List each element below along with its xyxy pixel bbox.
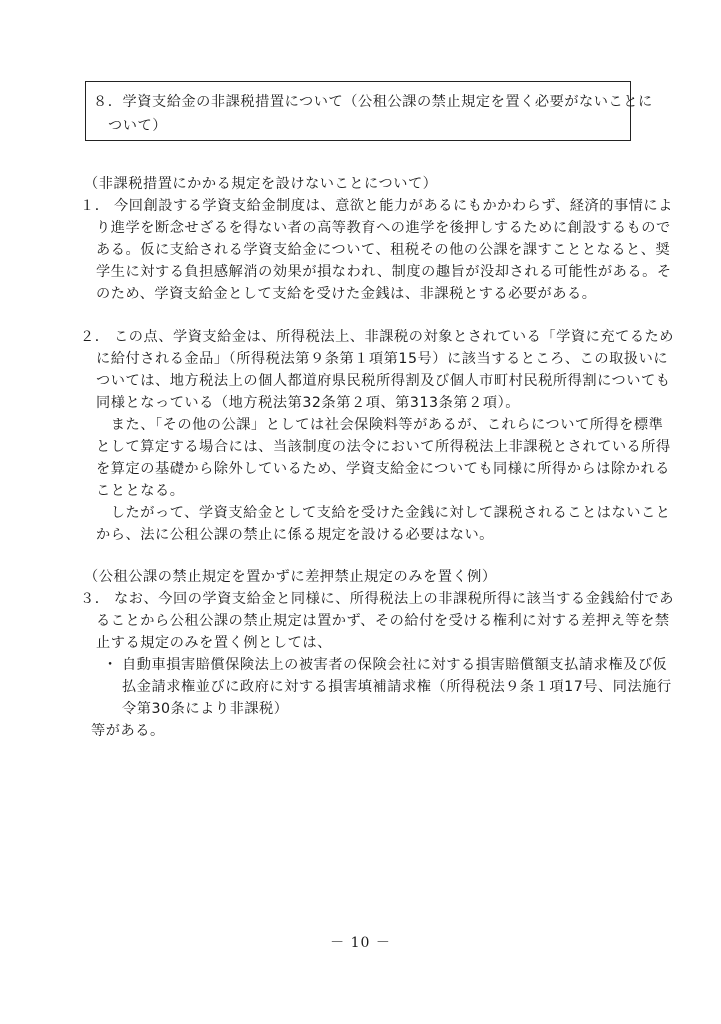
- bullet-line: 自動車損害賠償保険法上の被害者の保険会社に対する損害賠償額支払請求権及び仮: [122, 655, 667, 675]
- subheading-seizure-example: （公租公課の禁止規定を置かずに差押禁止規定のみを置く例）: [84, 567, 497, 587]
- paragraph-2-line: に給付される金品」（所得税法第９条第１項第15号）に該当するところ、この取扱いに: [96, 349, 668, 369]
- paragraph-2-line: また、「その他の公課」としては社会保険料等があるが、これらについて所得を標準: [96, 415, 663, 435]
- paragraph-3-line: 止する規定のみを置く例としては、: [96, 633, 332, 653]
- section-title-line-1: ８．学資支給金の非課税措置について（公租公課の禁止規定を置く必要がないことに: [93, 92, 653, 112]
- paragraph-3-number: ３．: [80, 589, 109, 609]
- paragraph-2-line: 同様となっている（地方税法第32条第２項、第313条第２項）。: [96, 393, 520, 413]
- paragraph-2-line: として算定する場合には、当該制度の法令において所得税法上非課税とされている所得: [96, 437, 671, 457]
- page-number: － 10 －: [0, 932, 721, 952]
- paragraph-1-number: １．: [80, 196, 109, 216]
- paragraph-3-closing: 等がある。: [91, 721, 165, 741]
- bullet-marker: ・: [103, 655, 118, 675]
- paragraph-1-line: り進学を断念せざるを得ない者の高等教育への進学を後押しするために創設するもので: [96, 218, 671, 238]
- bullet-line: 令第30条により非課税）: [122, 699, 289, 719]
- paragraph-2-line: から、法に公租公課の禁止に係る規定を設ける必要はない。: [96, 525, 494, 545]
- paragraph-2-line: ついては、地方税法上の個人都道府県民税所得割及び個人市町村民税所得割についても: [96, 371, 670, 391]
- subheading-non-taxation: （非課税措置にかかる規定を設けないことについて）: [84, 174, 437, 194]
- paragraph-2-line: こととなる。: [96, 481, 184, 501]
- document-page: ８．学資支給金の非課税措置について（公租公課の禁止規定を置く必要がないことに つ…: [0, 0, 721, 1024]
- paragraph-2-line: を算定の基礎から除外しているため、学資支給金についても同様に所得からは除かれる: [96, 459, 670, 479]
- paragraph-1-line: 学生に対する負担感解消の効果が損なわれ、制度の趣旨が没却される可能性がある。そ: [96, 262, 672, 282]
- section-title-line-2: ついて）: [108, 116, 167, 136]
- paragraph-2-line: この点、学資支給金は、所得税法上、非課税の対象とされている「学資に充てるため: [114, 327, 674, 347]
- paragraph-2-line: したがって、学資支給金として支給を受けた金銭に対して課税されることはないこと: [96, 503, 670, 523]
- paragraph-2-number: ２．: [80, 327, 109, 347]
- paragraph-1-line: 今回創設する学資支給金制度は、意欲と能力があるにもかかわらず、経済的事情によ: [114, 196, 673, 216]
- bullet-line: 払金請求権並びに政府に対する損害填補請求権（所得税法９条１項17号、同法施行: [122, 677, 672, 697]
- paragraph-1-line: のため、学資支給金として支給を受けた金銭は、非課税とする必要がある。: [96, 284, 597, 304]
- paragraph-3-line: なお、今回の学資支給金と同様に、所得税法上の非課税所得に該当する金銭給付であ: [114, 589, 674, 609]
- paragraph-1-line: ある。仮に支給される学資支給金について、租税その他の公課を課すこととなると、奨: [96, 240, 670, 260]
- paragraph-3-line: ることから公租公課の禁止規定は置かず、その給付を受ける権利に対する差押え等を禁: [96, 611, 670, 631]
